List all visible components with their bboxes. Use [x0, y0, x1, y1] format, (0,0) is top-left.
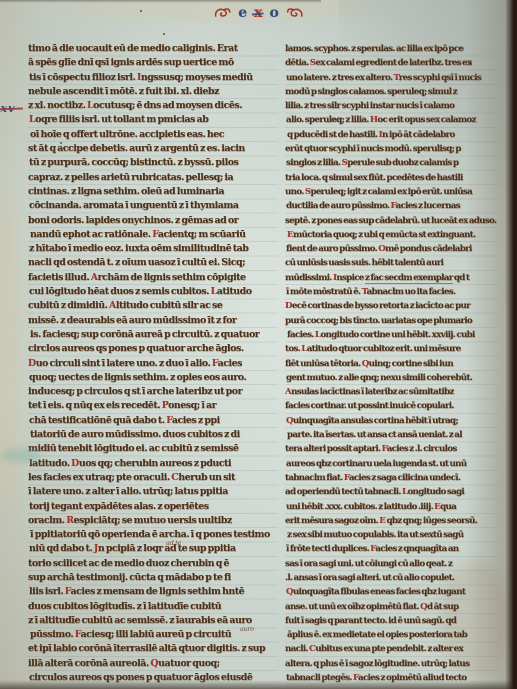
- text-line: Loqre filiis isrl. ut tollant m pmicias …: [29, 113, 278, 127]
- text-line: anse. ut unū ex oībz opimētū fiat. Qd āt…: [285, 600, 498, 614]
- text-line: is. faciesq; sup corōnā aureā p circuitū…: [30, 328, 278, 342]
- text-line: et ipī labio corōnā īterrasilē altā qtuo…: [28, 642, 278, 656]
- text-line: cui lōgitudo hēat duos z semis cubitos. …: [29, 285, 278, 299]
- ink-speck: [60, 142, 62, 144]
- text-line: tet ī eis. q nūq ex eis recedēt. Ponesq;…: [28, 399, 278, 413]
- interlinear-gloss: ad te: [166, 540, 181, 547]
- text-line: timo ā die uocauit eū de medio caliginis…: [28, 42, 278, 56]
- margin-chapter-numeral: xxv: [0, 102, 27, 116]
- text-line: Quinquagīta fibulas eneas facies qbz iug…: [286, 585, 498, 599]
- text-line: fiēt uniūsa tētoria. Quinq; cortine sibi…: [285, 357, 498, 371]
- text-line: tis ī cōspectu filioz isrl. Ingssusq; mo…: [29, 71, 278, 85]
- text-line: oraclm. Respiciātq; se mutuo uersis uult…: [28, 514, 278, 528]
- page-edge-shadow-bottom: [0, 680, 517, 689]
- text-line: āplius ē. ex medietate ei opies posterio…: [287, 628, 498, 642]
- text-line: cū uniūsis uasis suis. hēbit talentū aur…: [285, 256, 498, 270]
- show-through-smudge: [1, 448, 41, 463]
- text-line: capraz. z pelles arietū rubricatas. pell…: [28, 171, 278, 185]
- text-line: torio scilicet ac de medio duoz cherubin…: [28, 557, 278, 571]
- text-line: gent mutuo. z alie qnq; nexu simili cohe…: [286, 371, 498, 385]
- text-line: tabnaclm fiat. Facies z saga cilicina un…: [285, 471, 498, 485]
- text-line: aureos qbz cortinaru uela iugenda st. ut…: [286, 457, 498, 471]
- text-line: torij tegant expādētes alas. z operiētes: [29, 500, 278, 514]
- manuscript-page: e x o xxv timo ā die uocauit eū de medio…: [0, 0, 517, 689]
- text-line: facietis illud. Archām de lignis sethim …: [28, 271, 278, 285]
- text-line: tos. Latitudo qtuor cubitoz erit. uni mē…: [285, 342, 498, 356]
- text-line: ad operiendū tectū tabnacli. Longitudo s…: [285, 485, 498, 499]
- text-line: Duo circuli sint ī latere uno. z duo ī a…: [28, 357, 278, 371]
- text-line: purā coccoq; bis tīncto. uariatas ope pl…: [285, 314, 498, 328]
- text-line: liis isrl. Facies z mensam de lignis set…: [29, 585, 278, 599]
- text-line: nacli. Cubitus ex una pte pendebit. z al…: [285, 642, 498, 656]
- text-line: lilia. z tres silr scyphi instar nucis ī…: [285, 99, 498, 113]
- text-line: singlos z lilia. Sperule sub duobz calam…: [286, 156, 498, 170]
- text-line: Decē cortinas de bysso retorta z iacīcto…: [285, 299, 498, 313]
- page-edge-shadow-top: [0, 0, 321, 3]
- text-line: sup archā testimonij. cūcta q mādabo p t…: [28, 571, 278, 585]
- text-line: ī frōte tecti duplices. Facies z qnquagī…: [286, 542, 498, 556]
- text-line: fuit ī sagis q parant tecto. id ē unū sa…: [285, 614, 498, 628]
- text-line: ī latere uno. z alter ī alio. utrūq; lat…: [28, 485, 278, 499]
- text-line: latitudo. Duos qq; cherubin aureos z pdu…: [29, 457, 278, 471]
- text-line: q pducēdi st de hastili. In ipō āt cādel…: [287, 128, 498, 142]
- text-line: z hītabo ī medio eoz. iuxta oēm similitu…: [29, 242, 278, 256]
- text-line: midiū tenebit lōgitudo ei. ac cubitū z s…: [28, 442, 278, 456]
- text-column-right: lamos. scyphos. z sperulas. ac lilia ex …: [285, 42, 498, 685]
- text-line: nacli qd ostendā t. z oīum uasoz ī cultū…: [28, 256, 278, 270]
- text-line: boni odoris. lapides onychinos. z gēmas …: [28, 214, 278, 228]
- text-line: circlos aureos qs pones p quatuor arche …: [28, 342, 278, 356]
- text-line: .l. ansas ī ora sagi alteri. ut cū alio …: [285, 571, 498, 585]
- text-line: missē. z deaurabis eā auro mūdissimo īt …: [28, 314, 278, 328]
- text-line: tria loca. q simul sex fiūt. pcedētes de…: [285, 171, 498, 185]
- running-title: e x o: [213, 3, 304, 23]
- text-line: ā spēs glīe dnī qsī ignis ardēs sup uert…: [28, 56, 278, 70]
- text-line: cubitū z dimidiū. Altitudo cubitū silr a…: [28, 299, 278, 313]
- ink-speck: [470, 62, 472, 64]
- ink-speck: [140, 10, 142, 12]
- text-line: erit mēsura sagoz oīm. E qbz qnq; iūges …: [285, 514, 498, 528]
- text-line: nebule ascendit ī mōtē. z fuit ibi. xl. …: [28, 85, 278, 99]
- text-line: erūt qtuor scyphi ī nucis modū. sperulis…: [285, 142, 498, 156]
- text-column-left: timo ā die uocauit eū de medio caliginis…: [28, 42, 278, 685]
- text-line: altera. q plus ē ī sagoz lōgitudine. utr…: [285, 657, 498, 671]
- text-line: cōcinanda. aromata ī unguentū z ī thymia…: [29, 199, 278, 213]
- text-line: septē. z pones eas sup cādelabrū. ut luc…: [285, 214, 498, 228]
- text-line: duos cubitos lōgitudīs. z ī latitudīe cu…: [28, 600, 278, 614]
- text-line: tiatoriū de auro mūdissimo. duos cubitos…: [30, 428, 278, 442]
- text-line: fient de auro pūssimo. Omē pondus cādela…: [286, 242, 498, 256]
- text-line: cintinas. z ligna sethim. oleū ad lumina…: [28, 185, 278, 199]
- penwork-flourish-icon: [286, 7, 304, 20]
- text-line: quoq; uectes de lignis sethim. z opies e…: [29, 371, 278, 385]
- text-line: nandū ephot ac ratiōnale. Facientq; m sc…: [30, 228, 278, 242]
- page-edge-shadow-right: [505, 0, 517, 689]
- text-line: oī hoīe q offert ultrōne. accipietis eas…: [30, 128, 278, 142]
- text-line: ductilia de auro pūssimo. Facies z lucer…: [286, 199, 498, 213]
- text-line: les facies ex utraq; pte oraculi. Cherub…: [28, 471, 278, 485]
- interlinear-gloss: suis: [330, 117, 342, 124]
- text-line: st āt q accipe debetis. aurū z argentū z…: [28, 142, 278, 156]
- text-line: sas ī ora sagi uni. ut cōiungi cū alio q…: [285, 557, 498, 571]
- text-line: inducesq; p circulos q st ī arche lateri…: [28, 385, 278, 399]
- text-line: uno latere. z tres ex altero. Tres scyph…: [286, 71, 498, 85]
- text-line: facies cortinar. ut possint inuicē copul…: [285, 399, 498, 413]
- text-line: Quinquagīta ansulas cortina hēbit ī utra…: [286, 414, 498, 428]
- text-line: ī mōte mōstratū ē. Tabnaclm uo ita facie…: [286, 285, 498, 299]
- text-line: Emūctoria quoq; z ubi q emūcta st exting…: [287, 228, 498, 242]
- running-title-letter-o: o: [269, 4, 278, 22]
- ink-speck: [163, 33, 165, 35]
- text-line: z xl. noctibz. Locutusq; ē dns ad moysen…: [28, 99, 278, 113]
- text-line: alio. speruleq; z lilia. Hoc erit opus s…: [286, 113, 498, 127]
- text-line: tera alteri possit aptari. Facies z .l. …: [285, 442, 498, 456]
- interlinear-gloss: auro: [240, 626, 254, 633]
- text-line: modū p singlos calamos. speruleq; simul …: [285, 85, 498, 99]
- running-title-letter-x: x: [254, 4, 262, 22]
- penwork-flourish-icon: [213, 7, 231, 20]
- text-line: dētia. Sex calami egredient de lateribz.…: [285, 56, 498, 70]
- text-line: parte. ita īsertas. ut ansa ct ansā ueni…: [287, 428, 498, 442]
- running-title-letter-e: e: [238, 4, 247, 22]
- text-line: mūdissimi. Inspice z fac secdm exemplar …: [285, 271, 498, 285]
- text-line: ī ppitiatoriū qō operienda ē archa. ī q …: [30, 528, 278, 542]
- text-line: uni hēbit .xxx. cubitos. z latitudo .iii…: [286, 500, 498, 514]
- text-line: facies. Longitudo cortine uni hēbit. xxv…: [287, 328, 498, 342]
- text-line: niū qd dabo t. Jn pcipiā z loqr ad te su…: [29, 542, 278, 556]
- text-line: tū z purpurā. coccūq; bistinctū. z byssū…: [29, 156, 278, 170]
- text-line: lamos. scyphos. z sperulas. ac lilia ex …: [285, 42, 498, 56]
- text-line: chā testificatiōnē quā dabo t. Facies z …: [29, 414, 278, 428]
- text-line: Ansulas iacīctinas ī lateribz ac sūmitat…: [285, 385, 498, 399]
- text-line: uno. Speruleq; igit z calami ex ipō erūt…: [285, 185, 498, 199]
- text-line: z sex sibi mutuo copulabis. ita ut sextū…: [287, 528, 498, 542]
- text-line: illā alterā corōnā aureolā. Quatuor quoq…: [28, 657, 278, 671]
